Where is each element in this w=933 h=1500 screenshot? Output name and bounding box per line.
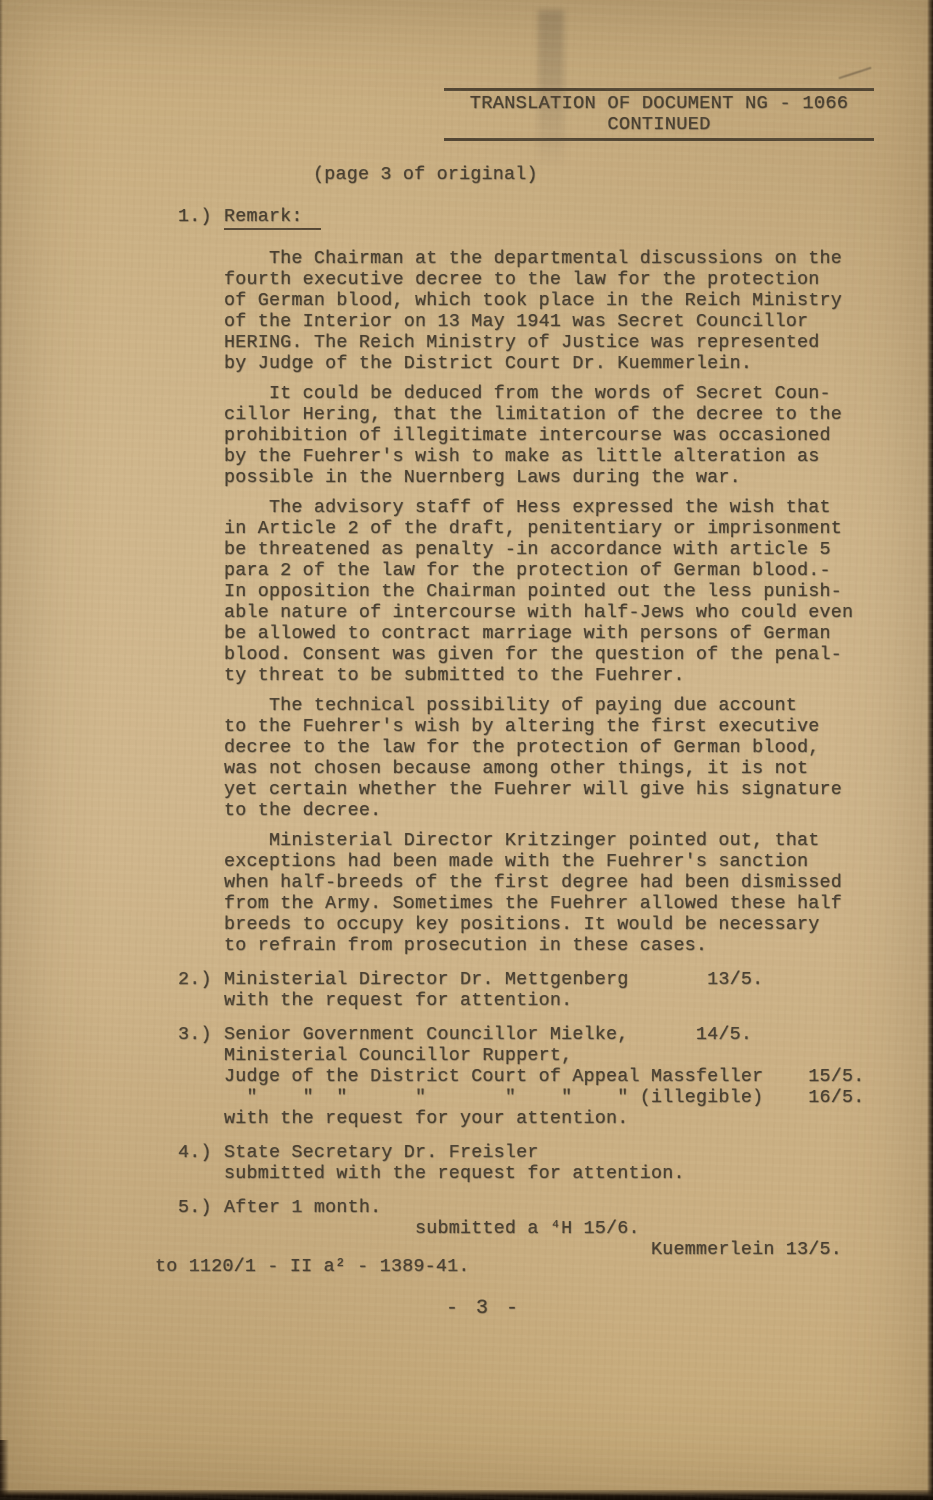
- paragraph: It could be deduced from the words of Se…: [224, 383, 898, 488]
- item-body: After 1 month. submitted a ⁴H 15/6. Kuem…: [224, 1197, 898, 1260]
- list-item: 4.) State Secretary Dr. Freisler submitt…: [178, 1142, 898, 1184]
- item-number: 1.): [178, 206, 212, 227]
- document-title-continued: CONTINUED: [444, 114, 874, 135]
- list-item: 3.) Senior Government Councillor Mielke,…: [178, 1024, 898, 1129]
- document-title: TRANSLATION OF DOCUMENT NG - 1066: [444, 93, 874, 114]
- paragraph: Ministerial Director Kritzinger pointed …: [224, 830, 898, 956]
- remark-heading: Remark:: [224, 206, 321, 230]
- scan-edge-right: [927, 0, 933, 1500]
- file-reference-line: to 1120/1 - II a² - 1389-41.: [155, 1256, 470, 1277]
- list-item: 2.) Ministerial Director Dr. Mettgenberg…: [178, 969, 898, 1011]
- paragraph: The technical possibility of paying due …: [224, 695, 898, 821]
- scan-edge-left: [0, 0, 3, 1500]
- item-number: 2.): [178, 969, 212, 990]
- numbered-list: 1.) Remark: The Chairman at the departme…: [178, 206, 898, 1260]
- item-number: 5.): [178, 1197, 212, 1218]
- item-body: Ministerial Director Dr. Mettgenberg 13/…: [224, 969, 898, 1011]
- item-number: 4.): [178, 1142, 212, 1163]
- scanned-document-page: TRANSLATION OF DOCUMENT NG - 1066 CONTIN…: [0, 0, 933, 1500]
- scan-edge-bottom: [0, 1490, 933, 1500]
- paragraph: The advisory staff of Hess expressed the…: [224, 497, 898, 686]
- list-item: 1.) Remark: The Chairman at the departme…: [178, 206, 898, 956]
- document-header: TRANSLATION OF DOCUMENT NG - 1066 CONTIN…: [444, 88, 874, 141]
- pencil-scratch: [839, 67, 872, 79]
- list-item: 5.) After 1 month. submitted a ⁴H 15/6. …: [178, 1197, 898, 1260]
- page-of-original-note: (page 3 of original): [313, 164, 538, 185]
- item-body: State Secretary Dr. Freisler submitted w…: [224, 1142, 898, 1184]
- item-number: 3.): [178, 1024, 212, 1045]
- page-number-footer: - 3 -: [446, 1298, 521, 1319]
- paragraph: The Chairman at the departmental discuss…: [224, 248, 898, 374]
- item-body: Senior Government Councillor Mielke, 14/…: [224, 1024, 898, 1129]
